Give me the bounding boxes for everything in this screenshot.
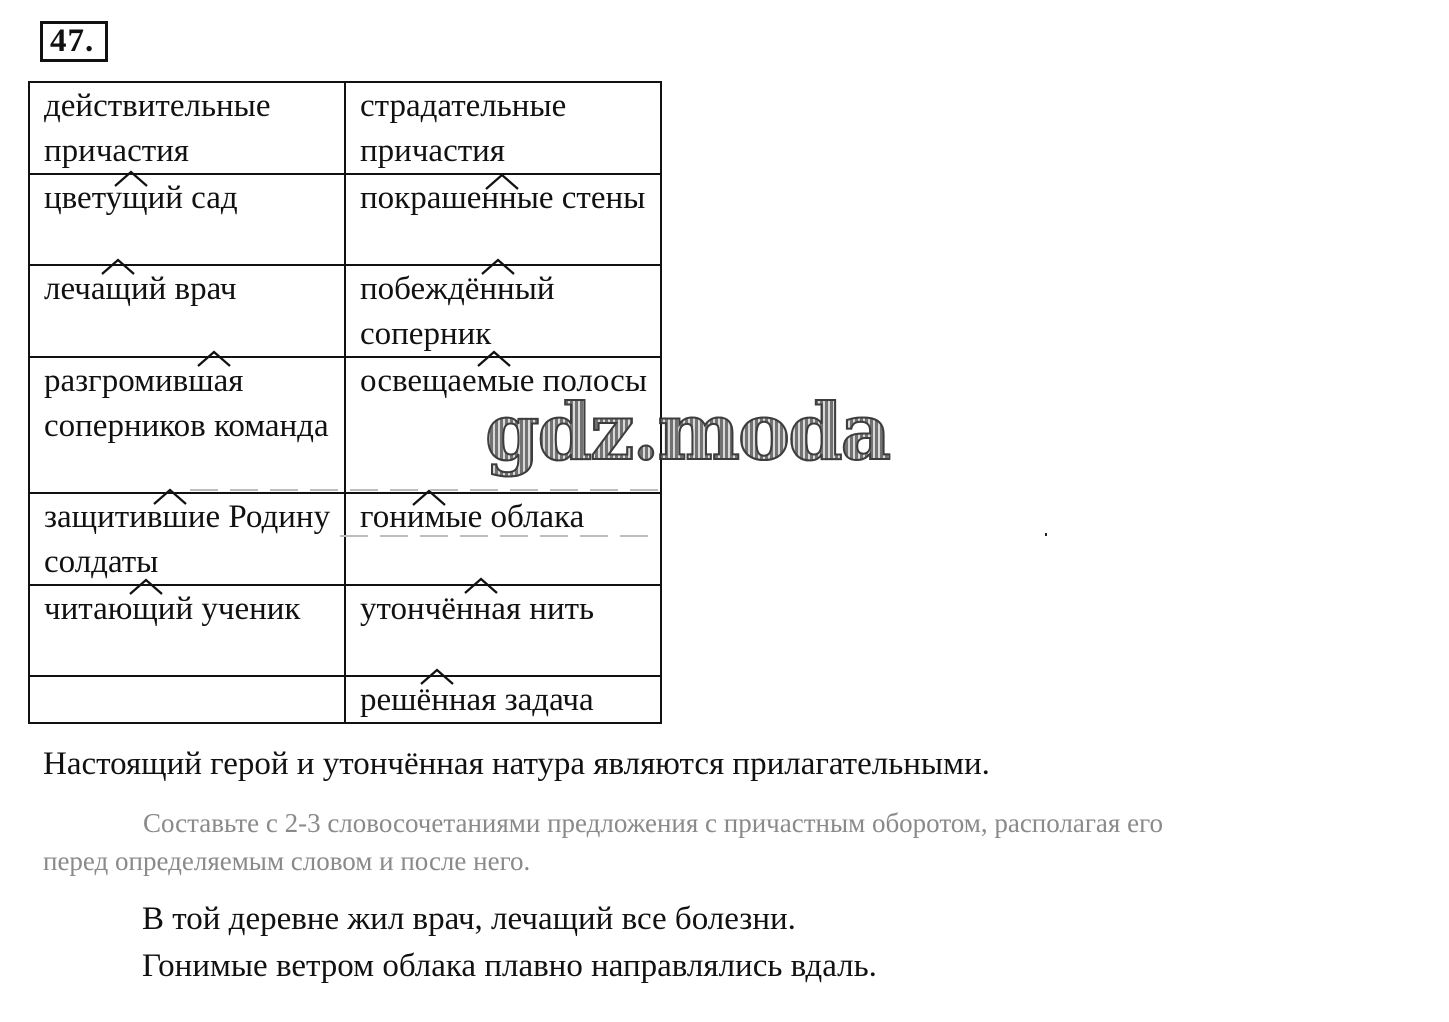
table-cell: решённая задача [345, 676, 661, 723]
suffix-caret-icon [484, 173, 520, 191]
header-passive-participles: страдательные причастия [345, 82, 661, 174]
suffix-caret-icon [196, 350, 232, 368]
suffix-caret-icon [480, 258, 516, 276]
table-cell: разгромившая соперников команда [29, 357, 345, 493]
table-row: лечащий врач побеждённый соперник [29, 265, 661, 357]
answer-sentences: В той деревне жил врач, лечащий все боле… [142, 896, 877, 990]
instruction-text: Составьте с 2-3 словосочетаниями предлож… [43, 804, 1203, 880]
suffix-caret-icon [152, 488, 188, 506]
suffix-caret-icon [113, 170, 149, 188]
suffix-caret-icon [476, 350, 512, 368]
table-cell: побеждённый соперник [345, 265, 661, 357]
suffix-caret-icon [100, 258, 136, 276]
table-row: читающий ученик утончённая нить [29, 585, 661, 676]
watermark-logo: gdz.moda [485, 388, 889, 478]
scan-artifact [1045, 533, 1047, 536]
suffix-caret-icon [463, 577, 499, 595]
table-cell: читающий ученик [29, 585, 345, 676]
task-number: 47. [40, 21, 108, 62]
table-header-row: действительные причастия страдательные п… [29, 82, 661, 174]
table-cell: лечащий врач [29, 265, 345, 357]
table-cell: утончённая нить [345, 585, 661, 676]
watermark-stripe [190, 489, 660, 491]
table-row: защитившие Родину солдаты гонимые облака [29, 493, 661, 585]
watermark-stripe [340, 535, 660, 537]
table-cell: цветущий сад [29, 174, 345, 265]
suffix-caret-icon [128, 578, 164, 596]
suffix-caret-icon [411, 489, 447, 507]
table-cell: гонимые облака [345, 493, 661, 585]
table-cell: защитившие Родину солдаты [29, 493, 345, 585]
table-cell [29, 676, 345, 723]
table-row: решённая задача [29, 676, 661, 723]
header-active-participles: действительные причастия [29, 82, 345, 174]
conclusion-text: Настоящий герой и утончённая натура явля… [43, 742, 990, 787]
answer-sentence: Гонимые ветром облака плавно направлялис… [142, 943, 877, 990]
suffix-caret-icon [419, 668, 455, 686]
answer-sentence: В той деревне жил врач, лечащий все боле… [142, 896, 877, 943]
